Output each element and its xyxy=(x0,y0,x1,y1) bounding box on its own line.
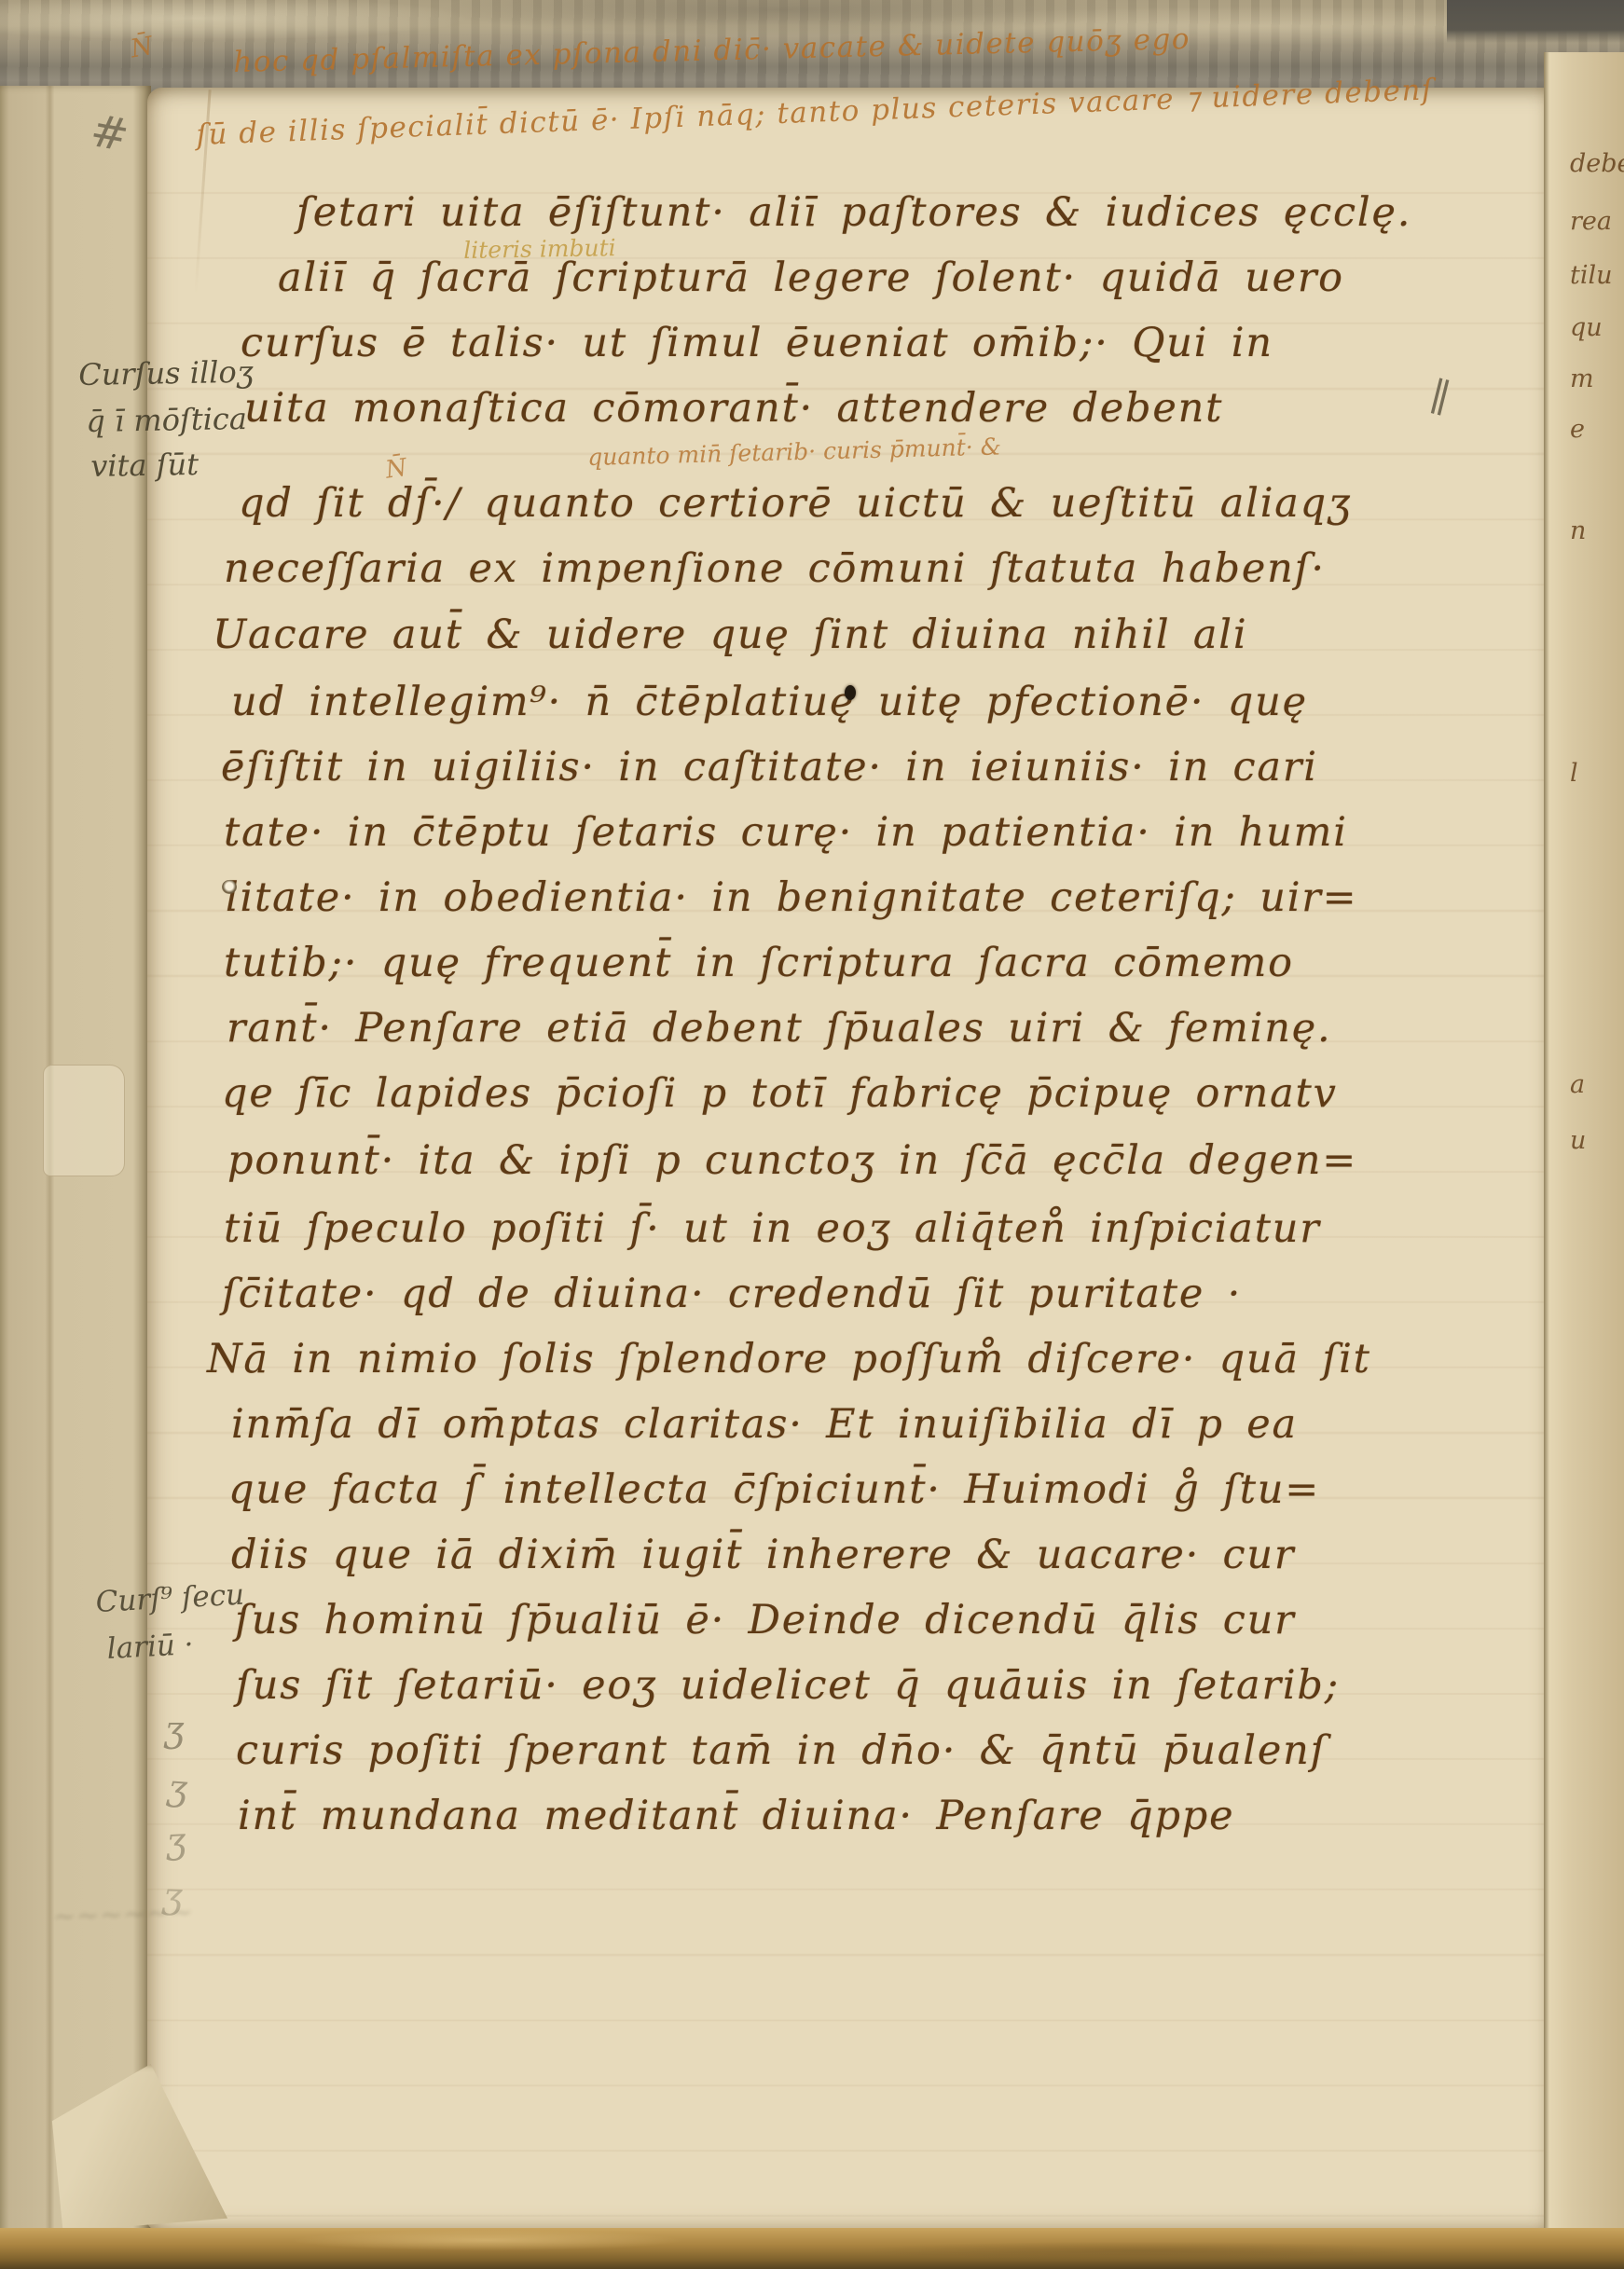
text-line: que facta ſ̄ intellecta c̄ſpiciunt̄· Hui… xyxy=(228,1470,1320,1510)
margin-note-monastica-line2: q̄ ī mōſtica xyxy=(86,404,247,436)
margin-squiggle-2: ʒ xyxy=(166,1769,188,1806)
text-line: uita monaſtica cōmorant̄· attendere debe… xyxy=(244,389,1223,429)
text-line: Uacare aut̄ & uidere quę ſint diuina nih… xyxy=(213,615,1247,655)
next-page-text-fragment: n xyxy=(1570,518,1586,543)
text-line: curſus ē talis· ut ſimul ēueniat om̄ib;·… xyxy=(241,323,1273,364)
margin-note-secularium-line1: Curſ⁹ ſecu xyxy=(95,1581,245,1617)
text-line: ponunt̄· ita & ipſi p cunctoʒ in ſc̄ā ęc… xyxy=(227,1141,1357,1181)
margin-note-monastica-line3: vita ſūt xyxy=(90,449,199,481)
text-line: diis que iā dixim̄ iugit̄ inherere & uac… xyxy=(231,1535,1295,1575)
text-line: ſc̄itate· qd de diuina· credendū ſit pur… xyxy=(222,1274,1242,1314)
next-page-text-fragment: debe xyxy=(1570,151,1624,176)
text-line: tate· in c̄tēptu ſetaris curę· in patien… xyxy=(224,813,1348,853)
next-page-text-fragment: qu xyxy=(1570,315,1603,340)
next-page-text-fragment: tilu xyxy=(1570,263,1613,288)
text-line: ſus ſit ſetariū· eoʒ uidelicet q̄ quāuis… xyxy=(236,1666,1340,1706)
nota-mark-top: N̄ xyxy=(129,34,155,62)
text-line: ſetari uita ēſiſtunt· aliī paſtores & iu… xyxy=(296,193,1411,233)
margin-squiggle-3: ʒ xyxy=(165,1822,186,1859)
manuscript-photo: ſetari uita ēſiſtunt· aliī paſtores & iu… xyxy=(0,0,1624,2269)
next-page-text-fragment: a xyxy=(1570,1072,1585,1097)
next-page-text-fragment: u xyxy=(1570,1128,1586,1153)
parchment-hole-light xyxy=(222,880,237,894)
next-page-text-fragment: m xyxy=(1570,366,1594,392)
nota-mark-mid: N̄ xyxy=(384,456,408,483)
interlinear-gloss-literis: literis imbuti xyxy=(463,236,616,262)
faint-erased-smudge: ∼∼∼∼∼∼ xyxy=(52,1899,194,1932)
text-line: ēſiſtit in uigiliis· in caſtitate· in ie… xyxy=(221,748,1318,788)
parchment-hole-dark xyxy=(845,685,856,700)
text-line: Nā in nimio ſolis ſplendore poſſum̊ diſc… xyxy=(207,1340,1371,1380)
margin-squiggle-1: ʒ xyxy=(164,1712,184,1747)
next-page-text-fragment: l xyxy=(1570,761,1578,786)
background-shadow xyxy=(1447,0,1624,43)
text-line: inm̄ſa dī om̄ptas claritas· Et inuiſibil… xyxy=(231,1405,1298,1445)
bottom-fore-edge xyxy=(0,2228,1624,2269)
next-page-text-fragment: e xyxy=(1570,417,1585,442)
margin-note-secularium-line2: lariū · xyxy=(106,1630,194,1664)
text-line: ſus hominū ſp̄ualiū ē· Deinde dicendū q̄… xyxy=(235,1601,1295,1641)
text-line: aliī q̄ ſacrā ſcripturā legere ſolent· q… xyxy=(278,258,1344,298)
text-line: tiū ſpeculo poſiti ſ̄· ut in eoʒ aliq̄te… xyxy=(224,1209,1321,1249)
text-line: litate· in obedientia· in benignitate ce… xyxy=(226,878,1358,918)
text-line: curis poſiti ſperant tam̄ in dn̄o· & q̄n… xyxy=(236,1731,1327,1771)
text-line: int̄ mundana meditant̄ diuina· Penſare q… xyxy=(238,1796,1234,1836)
insertion-hash-mark: # xyxy=(88,108,132,158)
text-line: qe ſīc lapides p̄cioſi p totī fabricę p̄… xyxy=(222,1074,1338,1114)
text-line: tutib;· quę frequent̄ in ſcriptura ſacra… xyxy=(224,943,1294,983)
margin-note-monastica-line1: Curſus illoʒ xyxy=(78,357,254,390)
next-page-text-fragment: rea xyxy=(1570,209,1612,234)
text-line: rant̄· Penſare etiā debent ſp̄uales uiri… xyxy=(227,1009,1331,1049)
text-line: ud intellegim⁹· n̄ c̄tēplatiuę uitę pfec… xyxy=(231,682,1308,722)
text-line: qd ſit dſ̄·/ quanto certiorē uictū & ueſ… xyxy=(239,484,1352,524)
parchment-repair-tab xyxy=(43,1065,125,1176)
text-line: neceſſaria ex impenſione cōmuni ſtatuta … xyxy=(224,549,1326,589)
